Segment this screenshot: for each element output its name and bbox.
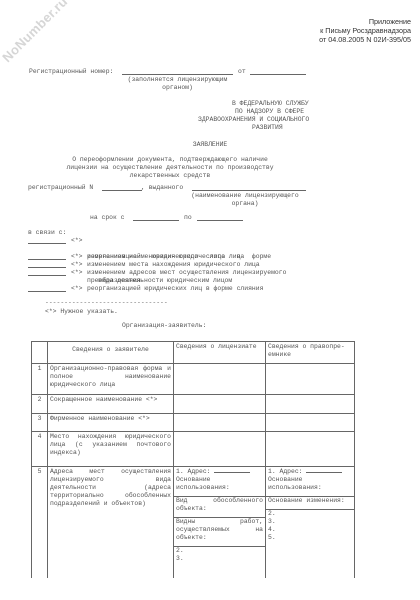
licensee-n3: 3. (176, 555, 263, 563)
addressee-line-3: ЗДРАВООХРАНЕНИЯ И СОЦИАЛЬНОГО (198, 116, 320, 124)
row-5-label: Адреса мест осуществления лицензируемого… (48, 467, 174, 578)
reason-2-mark: <*> (71, 253, 83, 261)
footnote-text: <*> Нужное указать. (45, 308, 118, 316)
header-successor: Сведения о правопре-емнике (266, 342, 355, 364)
reason-5-checkbox-line[interactable] (28, 291, 66, 292)
licensee-basis: Основание использования: (176, 476, 263, 496)
term-from-field[interactable] (133, 220, 179, 221)
row-5-licensee-cell: 1. Адрес: Основание использования: Вид о… (174, 467, 266, 578)
row-1-num: 1 (32, 364, 48, 395)
license-issued-label: , выданного (141, 184, 183, 192)
registration-number-field[interactable] (122, 74, 233, 75)
licensee-kind: Вид обособленного объекта: (174, 496, 265, 517)
row-4-licensee-cell[interactable] (174, 432, 266, 467)
row-2-successor-cell[interactable] (266, 395, 355, 414)
table-row: 5 Адреса мест осуществления лицензируемо… (32, 467, 355, 578)
header-applicant: Сведения о заявителе (48, 342, 174, 364)
row-5-num: 5 (32, 467, 48, 578)
registration-note: (заполняется лицензирующим органом) (122, 76, 233, 92)
issuer-note: (наименование лицензирующего органа) (180, 192, 310, 208)
watermark: NoNumber.ru (0, 0, 70, 65)
successor-change: Основание изменения: (266, 496, 354, 509)
subject-line-2: лицензии на осуществление деятельности п… (40, 164, 300, 172)
term-from-label: на срок с (90, 214, 125, 222)
applicant-heading: Организация-заявитель: (122, 322, 206, 330)
licensee-n2: 2. (174, 546, 265, 555)
document-title: ЗАЯВЛЕНИЕ (0, 141, 420, 149)
license-issuer-field[interactable] (192, 190, 306, 191)
reason-3-checkbox-line[interactable] (28, 267, 66, 268)
appendix-line-3: от 04.08.2005 N 02И-395/05 (319, 35, 411, 44)
addressee: В ФЕДЕРАЛЬНУЮ СЛУЖБУ ПО НАДЗОРУ В СФЕРЕ … (200, 100, 320, 132)
successor-basis: Основание использования: (268, 476, 352, 496)
licensee-address-label: 1. Адрес: (176, 468, 211, 475)
addressee-line-4: РАЗВИТИЯ (200, 124, 320, 132)
row-4-num: 4 (32, 432, 48, 467)
appendix-line-1: Приложение (319, 17, 411, 26)
successor-n4: 4. (268, 526, 352, 534)
reason-1-checkbox-line[interactable] (28, 243, 66, 244)
addressee-line-1: В ФЕДЕРАЛЬНУЮ СЛУЖБУ (200, 100, 320, 108)
row-1-successor-cell[interactable] (266, 364, 355, 395)
applicant-info-table: Сведения о заявителе Сведения о лицензиа… (31, 341, 355, 578)
row-3-successor-cell[interactable] (266, 414, 355, 432)
row-2-label: Сокращенное наименование <*> (48, 395, 174, 414)
successor-address-field[interactable] (306, 472, 342, 473)
successor-n5: 5. (268, 534, 352, 542)
subject-line-3: лекарственных средств (40, 172, 300, 180)
registration-from-label: от (238, 68, 246, 76)
issuer-note-line-2: органа) (180, 200, 310, 208)
subject-line-1: О переоформлении документа, подтверждающ… (40, 156, 300, 164)
reason-4-checkbox-line[interactable] (28, 275, 66, 276)
reason-4-line-1: изменением адресов мест осуществления ли… (87, 269, 286, 277)
licensee-address: 1. Адрес: (176, 468, 263, 476)
registration-note-line-2: органом) (122, 84, 233, 92)
license-number-field[interactable] (102, 190, 142, 191)
reason-3-text: изменением места нахождения юридического… (87, 261, 260, 269)
reason-5-mark: <*> (71, 285, 83, 293)
table-row: 4 Место нахождения юридического лица (с … (32, 432, 355, 467)
term-to-label: по (184, 214, 192, 222)
table-row: 2 Сокращенное наименование <*> (32, 395, 355, 414)
table-row: 3 Фирменное наименование <*> (32, 414, 355, 432)
table-header-row: Сведения о заявителе Сведения о лицензиа… (32, 342, 355, 364)
row-1-label: Организационно-правовая форма и полное н… (48, 364, 174, 395)
row-1-licensee-cell[interactable] (174, 364, 266, 395)
successor-address: 1. Адрес: (268, 468, 352, 476)
document-subject: О переоформлении документа, подтверждающ… (40, 156, 300, 180)
reason-1-mark: <*> (71, 237, 83, 245)
issuer-note-line-1: (наименование лицензирующего (180, 192, 310, 200)
row-3-label: Фирменное наименование <*> (48, 414, 174, 432)
row-2-licensee-cell[interactable] (174, 395, 266, 414)
successor-n3: 3. (268, 518, 352, 526)
row-5-successor-cell: 1. Адрес: Основание использования: Основ… (266, 467, 355, 578)
reason-4-mark: <*> (71, 269, 83, 277)
reason-4-line-2: вида деятельности юридическим лицом (87, 277, 286, 285)
registration-date-field[interactable] (250, 74, 306, 75)
row-4-label: Место нахождения юридического лица (с ук… (48, 432, 174, 467)
table-row: 1 Организационно-правовая форма и полное… (32, 364, 355, 395)
row-4-successor-cell[interactable] (266, 432, 355, 467)
registration-label: Регистрационный номер: (29, 68, 113, 76)
reason-4-text: изменением адресов мест осуществления ли… (87, 269, 286, 285)
license-reg-label: регистрационный N (28, 184, 93, 192)
appendix-line-2: к Письму Росздравнадзора (319, 26, 411, 35)
reason-5-text: реорганизацией юридических лиц в форме с… (87, 285, 263, 293)
appendix-header: Приложение к Письму Росздравнадзора от 0… (319, 17, 411, 44)
row-3-licensee-cell[interactable] (174, 414, 266, 432)
footnote-rule: -------------------------------- (45, 299, 168, 307)
reason-2-text: изменением наименования юридического лиц… (87, 253, 244, 261)
licensee-address-field[interactable] (214, 472, 250, 473)
row-2-num: 2 (32, 395, 48, 414)
row-3-num: 3 (32, 414, 48, 432)
reasons-intro: в связи с: (28, 229, 66, 237)
successor-address-label: 1. Адрес: (268, 468, 303, 475)
reason-2-checkbox-line[interactable] (28, 259, 66, 260)
addressee-line-2: ПО НАДЗОРУ В СФЕРЕ (200, 108, 320, 116)
licensee-works: Видны работ, осуществляемых на объекте: (174, 517, 265, 546)
header-num (32, 342, 48, 364)
registration-note-line-1: (заполняется лицензирующим (122, 76, 233, 84)
header-licensee: Сведения о лицензиате (174, 342, 266, 364)
term-to-field[interactable] (197, 220, 243, 221)
successor-n2: 2. (266, 509, 354, 518)
reason-3-mark: <*> (71, 261, 83, 269)
